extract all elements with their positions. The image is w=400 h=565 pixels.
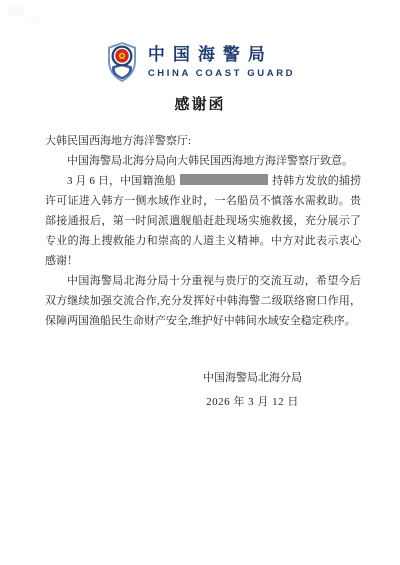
salutation: 大韩民国西海地方海洋警察厅:	[45, 131, 361, 151]
china-coast-guard-emblem-icon	[105, 42, 139, 82]
letterhead-text: 中国海警局 CHINA COAST GUARD	[148, 45, 295, 80]
letter-body: 大韩民国西海地方海洋警察厅: 中国海警局北海分局向大韩民国西海地方海洋警察厅致意…	[45, 131, 361, 331]
scan-artifact	[8, 7, 24, 16]
document-title: 感谢函	[0, 95, 400, 115]
org-name-english: CHINA COAST GUARD	[148, 67, 295, 80]
incident-text-before-redaction: 3 月 6 日，中国籍渔船	[67, 175, 176, 187]
paragraph-greeting: 中国海警局北海分局向大韩民国西海地方海洋警察厅致意。	[45, 151, 361, 171]
letterhead: 中国海警局 CHINA COAST GUARD	[0, 0, 400, 82]
org-name-chinese: 中国海警局	[148, 45, 295, 65]
signature-date: 2026 年 3 月 12 日	[170, 392, 335, 412]
signature-org: 中国海警局北海分局	[170, 368, 335, 388]
paragraph-incident: 3 月 6 日，中国籍渔船持韩方发放的捕捞许可证进入韩方一侧水域作业时，一名船员…	[45, 171, 361, 271]
scan-artifact	[31, 16, 40, 23]
paragraph-cooperation: 中国海警局北海分局十分重视与贵厅的交流互动，希望今后双方继续加强交流合作,充分发…	[45, 271, 361, 331]
signature-block: 中国海警局北海分局 2026 年 3 月 12 日	[170, 368, 335, 412]
letter-page: 中国海警局 CHINA COAST GUARD 感谢函 大韩民国西海地方海洋警察…	[0, 0, 400, 565]
incident-text-after-redaction: 持韩方发放的捕捞许可证进入韩方一侧水域作业时，一名船员不慎落水需救助。贵部接通报…	[45, 175, 361, 267]
redacted-vessel-name	[180, 174, 268, 185]
